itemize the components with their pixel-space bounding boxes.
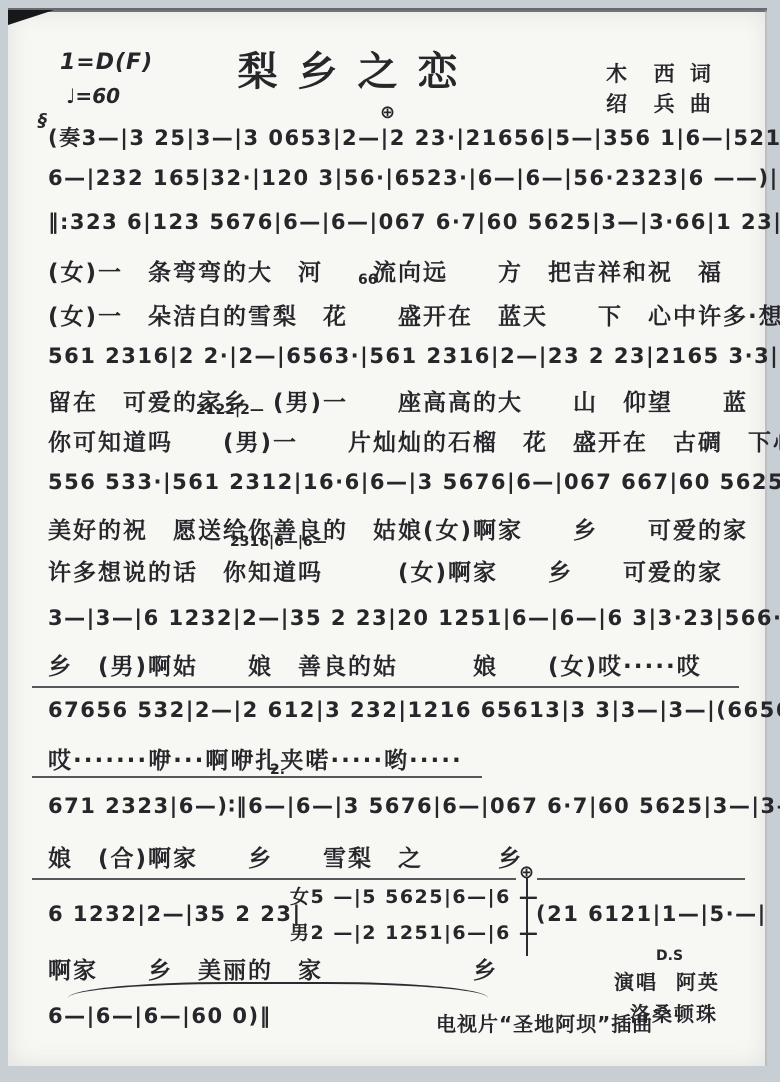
lyric-line-verse1a: (女)一 条弯弯的大 河 流向远 方 把吉祥和祝 福 — [48, 254, 723, 287]
lyric-line-verse3b: 许多想说的话 你知道吗 (女)啊家 乡 可爱的家 — [48, 554, 723, 587]
music-line-1: (奏3—|3 25|3—|3 0653|2—|2 23·|21656|5—|35… — [48, 122, 780, 152]
music-line-9-right: (21 6121|1—|5·—| — [536, 902, 767, 926]
lyric-line-verse2b: 你可知道吗 (男)一 片灿灿的石榴 花 盛开在 古碉 下心中 — [48, 424, 780, 457]
coda-icon: ⊕ — [380, 102, 395, 123]
music-line-5: 556 533·|561 2312|16·6|6—|3 5676|6—|067 … — [48, 470, 780, 494]
music-line-4: 561 2316|2 2·|2—|6563·|561 2316|2—|23 2 … — [48, 344, 779, 368]
final-phrase-slur — [68, 982, 488, 998]
segno-icon: § — [38, 110, 47, 131]
music-line-6: 3—|3—|6 1232|2—|35 2 23|20 1251|6—|6—|6 … — [48, 606, 780, 630]
performer-line-2: 洛桑顿珠 — [630, 998, 718, 1027]
photo-corner-shadow — [8, 10, 54, 25]
lyric-line-7: 啊家 乡 美丽的 家 乡 — [48, 952, 498, 985]
lyric-line-verse2a: 留在 可爱的家乡 (男)一 座高高的大 山 仰望 蓝 天把 — [48, 384, 780, 417]
alternate-notes-annotation-2: 2316|6—|6— — [230, 534, 327, 550]
alternate-notes-annotation-1: 2122|2— — [196, 402, 264, 418]
music-line-2: 6—|232 165|32·|120 3|56·|6523·|6—|6—|56·… — [48, 166, 779, 190]
photo-top-edge — [8, 8, 767, 12]
dal-segno-mark: D.S — [656, 948, 683, 964]
performer-line-1: 演唱 阿英 — [614, 966, 720, 995]
system-divider-line — [32, 686, 739, 688]
grace-note-annotation: 66 — [358, 272, 377, 288]
music-line-9-left: 6 1232|2—|35 2 23| — [48, 902, 302, 926]
second-ending-number: 2. — [270, 762, 285, 778]
lyric-line-6: 娘 (合)啊家 乡 雪梨 之 乡 — [48, 840, 523, 873]
music-line-10: 6—|6—|6—|60 0)‖ — [48, 1004, 272, 1028]
music-line-9-lower-voice: 男2 —|2 1251|6—|6 — — [290, 918, 539, 945]
music-line-7: 67656 532|2—|2 612|3 232|1216 65613|3 3|… — [48, 698, 780, 722]
system-divider-line-2 — [32, 878, 745, 880]
song-title: 梨乡之恋 — [8, 40, 707, 97]
music-line-3: ‖:323 6|123 5676|6—|6—|067 6·7|60 5625|3… — [48, 210, 780, 234]
music-line-9-upper-voice: 女5 —|5 5625|6—|6 — — [290, 882, 539, 909]
source-note: 电视片“圣地阿坝”插曲 — [436, 1008, 653, 1037]
sheet-music-page: 1=D(F) ♩=60 梨乡之恋 木 西 词 绍 兵 曲 § ⊕ (奏3—|3 … — [8, 10, 767, 1066]
lyric-line-4: 乡 (男)啊姑 娘 善良的姑 娘 (女)哎·····哎 — [48, 648, 702, 681]
coda-barline — [526, 878, 528, 956]
lyric-line-verse3a: 美好的祝 愿送给你善良的 姑娘(女)啊家 乡 可爱的家 — [48, 512, 748, 545]
composer-credit: 绍 兵 曲 — [606, 88, 715, 118]
lyric-line-5: 哎·······咿···啊咿扎夹喏·····哟····· — [48, 742, 463, 775]
music-line-8: 671 2323|6—)∶‖6—|6—|3 5676|6—|067 6·7|60… — [48, 794, 780, 818]
lyric-line-verse1b: (女)一 朵洁白的雪梨 花 盛开在 蓝天 下 心中许多·想说的话 — [48, 298, 780, 331]
second-ending-line — [32, 776, 482, 778]
lyricist-credit: 木 西 词 — [606, 58, 715, 88]
